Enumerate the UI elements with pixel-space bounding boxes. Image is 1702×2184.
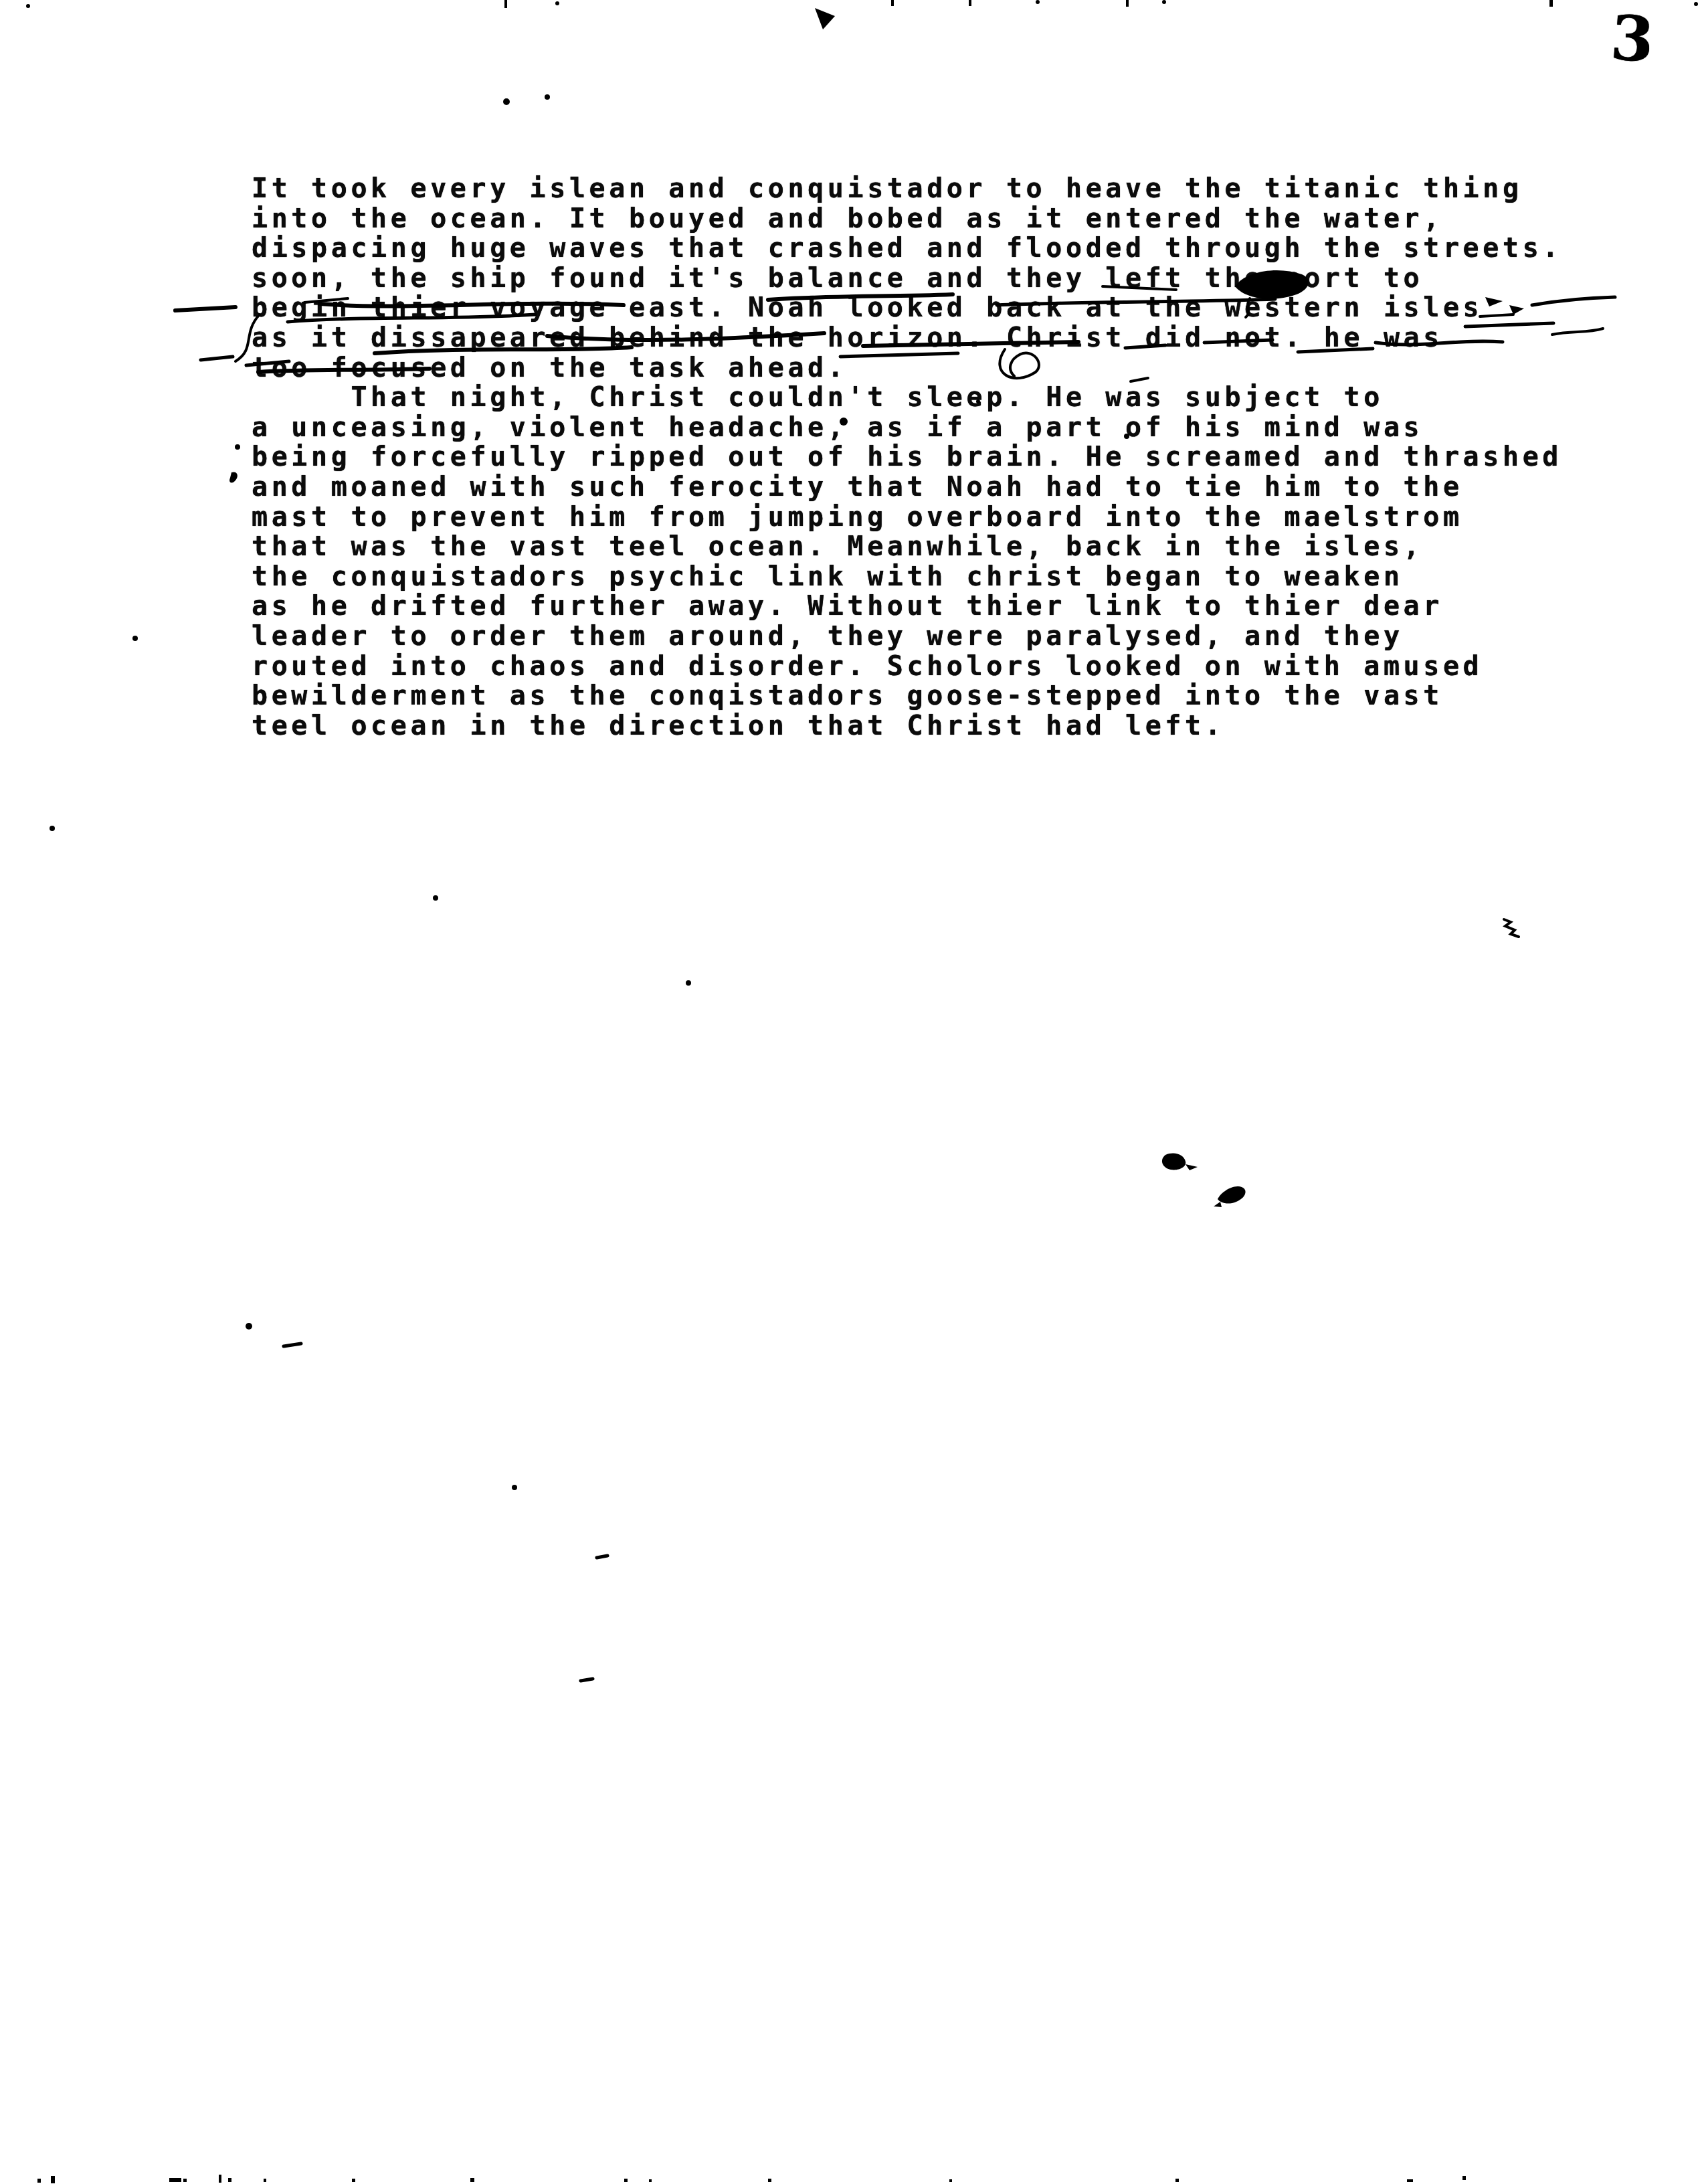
text-line: teel ocean in the direction that Christ … xyxy=(252,711,1562,741)
text-line: soon, the ship found it's balance and th… xyxy=(252,264,1562,294)
text-line: mast to prevent him from jumping overboa… xyxy=(252,503,1562,533)
text-line: routed into chaos and disorder. Scholors… xyxy=(252,652,1562,682)
text-line: That night, Christ couldn't sleep. He wa… xyxy=(252,383,1562,413)
text-line: the conquistadors psychic link with chri… xyxy=(252,562,1562,592)
typewritten-paragraphs: It took every islean and conquistador to… xyxy=(252,174,1562,741)
text-line: as it dissapeared behind the horizon. Ch… xyxy=(252,323,1562,353)
text-line: being forcefully ripped out of his brain… xyxy=(252,442,1562,472)
text-line: It took every islean and conquistador to… xyxy=(252,174,1562,204)
page-number: 3 xyxy=(1608,1,1656,76)
text-line: a unceasing, violent headache, as if a p… xyxy=(252,413,1562,443)
text-line: begin thier voyage east. Noah looked bac… xyxy=(252,293,1562,323)
text-line: that was the vast teel ocean. Meanwhile,… xyxy=(252,532,1562,562)
text-line: into the ocean. It bouyed and bobed as i… xyxy=(252,204,1562,234)
scanned-page: 3 It took every islean and conquistador … xyxy=(0,0,1702,2184)
text-line: as he drifted further away. Without thie… xyxy=(252,591,1562,622)
bottom-edge-marks xyxy=(37,2175,1466,2183)
text-line: dispacing huge waves that crashed and fl… xyxy=(252,234,1562,264)
text-line: bewilderment as the conqistadors goose-s… xyxy=(252,681,1562,711)
text-line: leader to order them around, they were p… xyxy=(252,622,1562,652)
text-line: too focused on the task ahead. xyxy=(252,353,1562,383)
text-line: and moaned with such ferocity that Noah … xyxy=(252,472,1562,503)
